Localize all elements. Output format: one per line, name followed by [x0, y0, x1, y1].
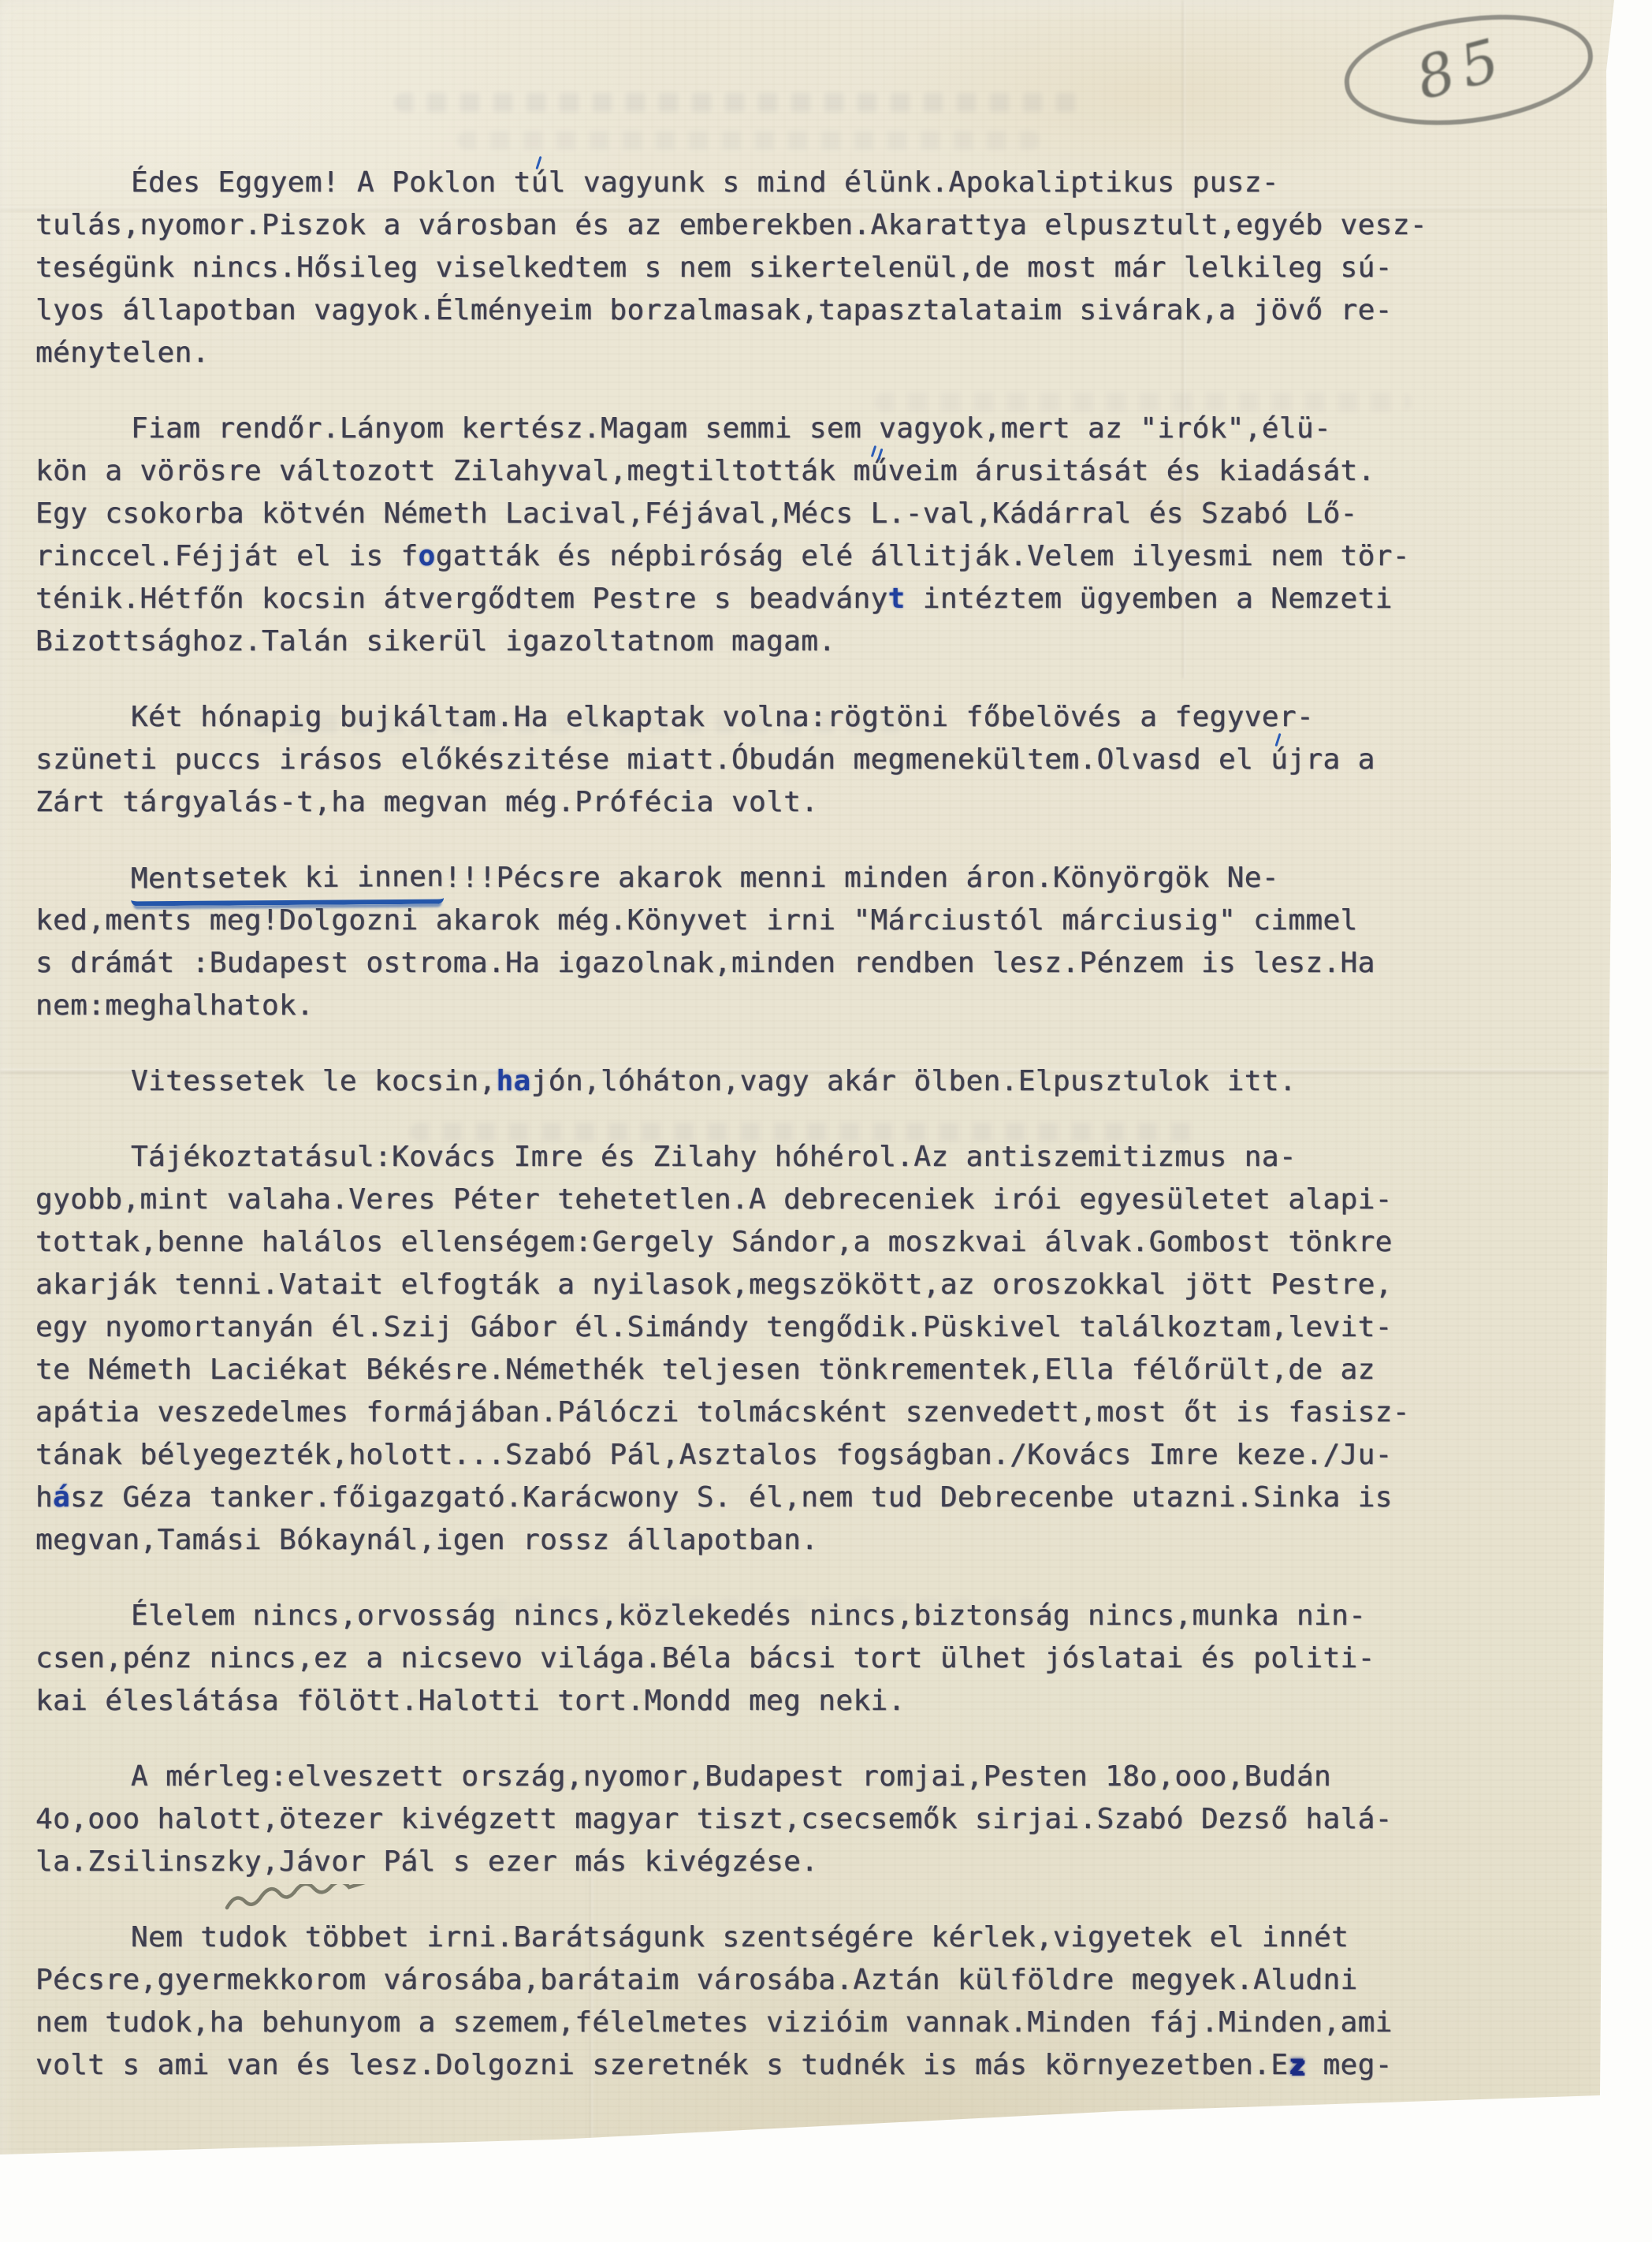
typed-line: Élelem nincs,orvosság nincs,közlekedés n…: [35, 1595, 1466, 1637]
bleed-through-ghost: [394, 93, 1088, 112]
paragraph: A mérleg:elveszett ország,nyomor,Budapes…: [35, 1756, 1466, 1883]
typed-line: Egy csokorba kötvén Németh Lacival,Féjáv…: [35, 493, 1466, 535]
pen-correction: ú: [531, 166, 549, 199]
typed-line: szüneti puccs irásos előkészitése miatt.…: [35, 739, 1466, 781]
typed-line: kön a vörösre változott Zilahyval,megtil…: [35, 450, 1466, 493]
typed-line: Mentsetek ki innen!!!Pécsre akarok menni…: [35, 857, 1466, 899]
paper-sheet: 85 Édes Eggyem! A Poklon túl vagyunk s m…: [0, 0, 1652, 2242]
paragraph: Vitessetek le kocsin,hajón,lóháton,vagy …: [35, 1060, 1466, 1103]
typed-line: 4o,ooo halott,ötezer kivégzett magyar ti…: [35, 1798, 1466, 1841]
typed-line: la.Zsilinszky,Jávor Pál s ezer más kivég…: [35, 1841, 1466, 1883]
typed-line: Pécsre,gyermekkorom városába,barátaim vá…: [35, 1959, 1466, 2002]
pen-correction: ha: [497, 1065, 531, 1097]
typed-line: s drámát :Budapest ostroma.Ha igazolnak,…: [35, 942, 1466, 985]
typed-line: ménytelen.: [35, 332, 1466, 374]
pen-underlined-text: Mentsetek ki innen: [131, 856, 445, 907]
typed-line: Fiam rendőr.Lányom kertész.Magam semmi s…: [35, 408, 1466, 450]
typed-line: lyos állapotban vagyok.Élményeim borzalm…: [35, 289, 1466, 332]
paragraph: Mentsetek ki innen!!!Pécsre akarok menni…: [35, 857, 1466, 1027]
typed-line: rinccel.Féjját el is fogatták és népbiró…: [35, 535, 1466, 578]
typed-line: te Németh Laciékat Békésre.Némethék telj…: [35, 1349, 1466, 1391]
typed-line: Édes Eggyem! A Poklon túl vagyunk s mind…: [35, 162, 1466, 204]
typed-line: Két hónapig bujkáltam.Ha elkaptak volna:…: [35, 696, 1466, 739]
typed-line: Bizottsághoz.Talán sikerül igazoltatnom …: [35, 620, 1466, 663]
typed-line: kai éleslátása fölött.Halotti tort.Mondd…: [35, 1680, 1466, 1722]
typed-line: teségünk nincs.Hősileg viselkedtem s nem…: [35, 247, 1466, 289]
typed-line: tulás,nyomor.Piszok a városban és az emb…: [35, 204, 1466, 247]
pen-correction: t: [888, 583, 906, 615]
paragraph: Nem tudok többet irni.Barátságunk szents…: [35, 1916, 1466, 2087]
typed-line: tottak,benne halálos ellenségem:Gergely …: [35, 1221, 1466, 1264]
page-number: 85: [1409, 24, 1514, 114]
typed-line: csen,pénz nincs,ez a nicsevo világa.Béla…: [35, 1637, 1466, 1680]
typed-line: gyobb,mint valaha.Veres Péter tehetetlen…: [35, 1179, 1466, 1221]
typed-line: tának bélyegezték,holott...Szabó Pál,Asz…: [35, 1434, 1466, 1477]
paragraph: Édes Eggyem! A Poklon túl vagyunk s mind…: [35, 162, 1466, 374]
typed-line: Vitessetek le kocsin,hajón,lóháton,vagy …: [35, 1060, 1466, 1103]
typed-line: ked,ments meg!Dolgozni akarok még.Könyve…: [35, 899, 1466, 942]
typed-line: Zárt tárgyalás-t,ha megvan még.Prófécia …: [35, 781, 1466, 824]
paragraph: Élelem nincs,orvosság nincs,közlekedés n…: [35, 1595, 1466, 1722]
typed-line: Tájékoztatásul:Kovács Imre és Zilahy hóh…: [35, 1136, 1466, 1179]
typed-line: egy nyomortanyán él.Szij Gábor él.Simánd…: [35, 1306, 1466, 1349]
page-number-pencil-circle: 85: [1338, 2, 1599, 138]
typed-line: akarják tenni.Vatait elfogták a nyilasok…: [35, 1264, 1466, 1306]
typed-line: apátia veszedelmes formájában.Pálóczi to…: [35, 1391, 1466, 1434]
bleed-through-ghost: [457, 131, 1040, 150]
typed-line: ténik.Hétfőn kocsin átvergődtem Pestre s…: [35, 578, 1466, 620]
pen-correction: á: [53, 1481, 70, 1514]
typed-line: Nem tudok többet irni.Barátságunk szents…: [35, 1916, 1466, 1959]
typed-line: nem:meghalhatok.: [35, 985, 1466, 1027]
paragraph: Tájékoztatásul:Kovács Imre és Zilahy hóh…: [35, 1136, 1466, 1562]
scanned-letter-page: 85 Édes Eggyem! A Poklon túl vagyunk s m…: [0, 0, 1652, 2242]
paragraph: Két hónapig bujkáltam.Ha elkaptak volna:…: [35, 696, 1466, 824]
paragraph: Fiam rendőr.Lányom kertész.Magam semmi s…: [35, 408, 1466, 663]
pen-correction: ú: [1271, 743, 1288, 776]
typed-line: nem tudok,ha behunyom a szemem,félelmete…: [35, 2002, 1466, 2044]
letter-body: Édes Eggyem! A Poklon túl vagyunk s mind…: [35, 162, 1466, 2120]
typed-line: A mérleg:elveszett ország,nyomor,Budapes…: [35, 1756, 1466, 1798]
typed-line: volt s ami van és lesz.Dolgozni szeretné…: [35, 2044, 1466, 2087]
typed-line: megvan,Tamási Bókaynál,igen rossz állapo…: [35, 1519, 1466, 1562]
pen-correction: z: [1288, 2049, 1305, 2081]
pen-correction: o: [419, 540, 436, 572]
typed-line: hász Géza tanker.főigazgató.Karácwony S.…: [35, 1477, 1466, 1519]
pen-correction: ű: [871, 455, 888, 487]
